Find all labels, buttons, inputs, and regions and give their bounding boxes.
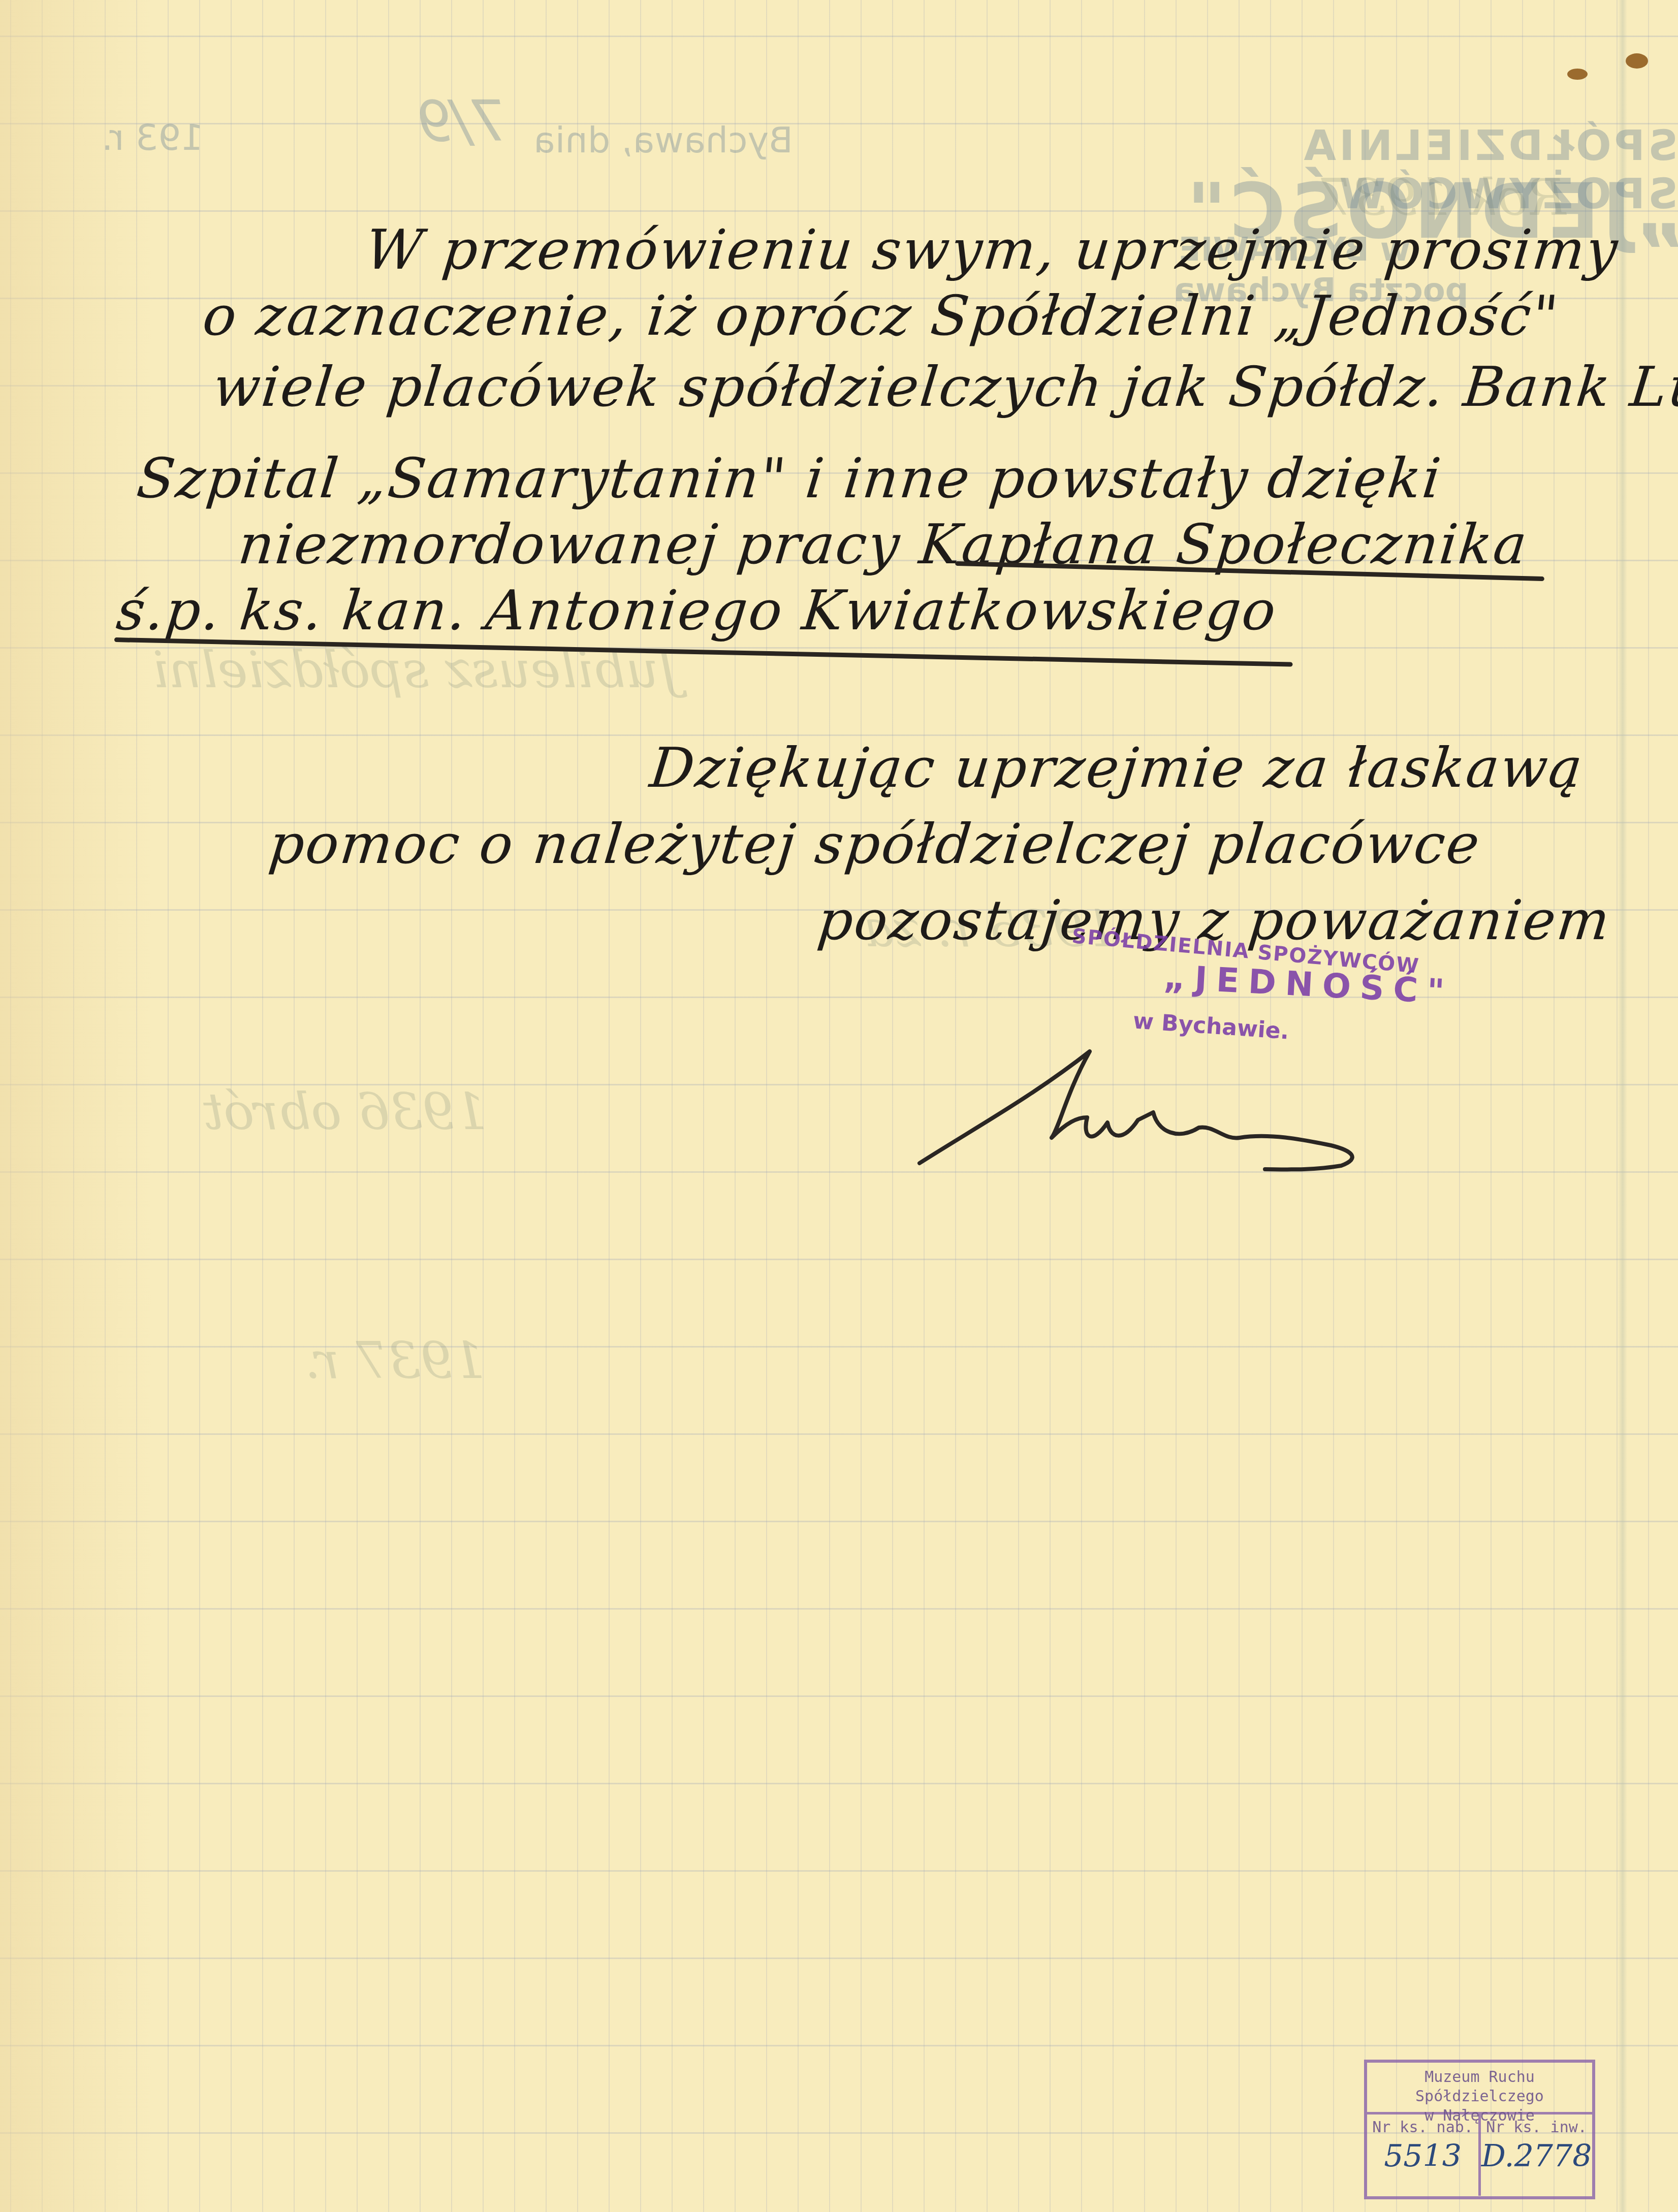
body-line: wiele placówek spółdzielczych jak Spółdz…: [210, 356, 1678, 419]
ghost-text: 1936 obrót: [203, 1082, 487, 1141]
letterhead-number-mark: 7/9: [417, 89, 506, 154]
signature: [914, 1036, 1422, 1173]
body-line: W przemówieniu swym, uprzejmie prosimy: [362, 218, 1622, 282]
archive-field-label: Nr ks. nab.: [1367, 2119, 1478, 2136]
rust-spot: [1567, 69, 1588, 80]
archive-field-acquisition: Nr ks. nab. 5513: [1367, 2114, 1478, 2196]
letterhead-year-line: 193 r.: [102, 117, 203, 158]
body-line: Szpital „Samarytanin" i inne powstały dz…: [134, 447, 1445, 510]
body-line: o zaznaczenie, iż oprócz Spółdzielni „Je…: [200, 284, 1562, 348]
archive-institution: Muzeum Ruchu Spółdzielczego w Nałęczowie: [1367, 2063, 1592, 2114]
body-line: niezmordowanej pracy Kapłana Społecznika: [235, 513, 1531, 576]
paper-fold: [1618, 0, 1627, 2212]
body-line: ś.p. ks. kan. Antoniego Kwiatkowskiego: [113, 579, 1280, 643]
closing-line: Dziękując uprzejmie za łaskawą: [647, 736, 1587, 800]
archive-stamp: Muzeum Ruchu Spółdzielczego w Nałęczowie…: [1364, 2060, 1595, 2199]
archive-field-value: D.2778: [1481, 2138, 1592, 2174]
rust-spot: [1626, 53, 1648, 69]
archive-field-label: Nr ks. inw.: [1481, 2119, 1592, 2136]
archive-institution-line1: Muzeum Ruchu Spółdzielczego: [1367, 2068, 1592, 2106]
letterhead-date-line: Bychawa, dnia: [533, 119, 793, 161]
closing-line: pomoc o należytej spółdzielczej placówce: [266, 813, 1484, 876]
archive-field-value: 5513: [1367, 2138, 1478, 2174]
ghost-text: 1937 r.: [305, 1331, 485, 1390]
archive-field-inventory: Nr ks. inw. D.2778: [1478, 2114, 1592, 2196]
